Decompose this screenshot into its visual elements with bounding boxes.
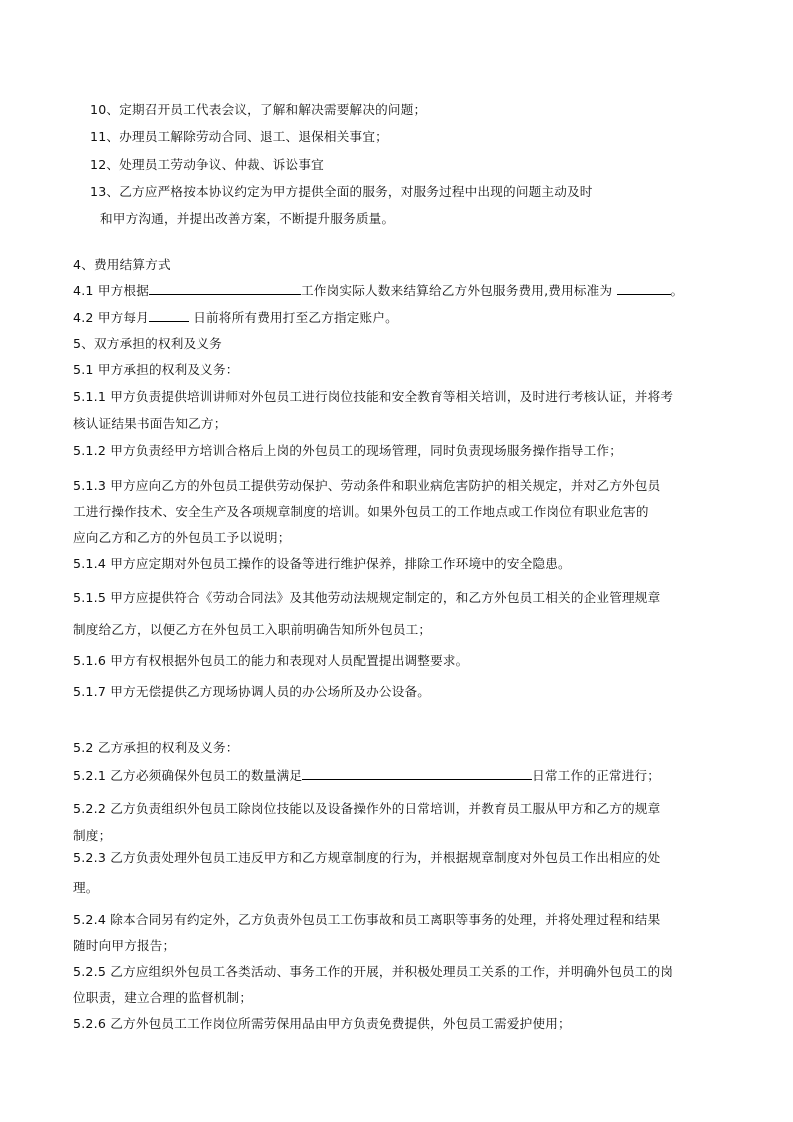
clause-5-1-3-cont2: 应向乙方和乙方的外包员工予以说明； [73,530,291,546]
section-5-2-heading: 5.2 乙方承担的权利及义务： [73,740,239,756]
blank-field-fee-standard[interactable] [617,282,671,295]
item-13-cont: 和甲方沟通，并提出改善方案，不断提升服务质量。 [100,211,394,227]
clause-5-1-1-cont: 核认证结果书面告知乙方； [73,416,227,432]
clause-5-1-5: 5.1.5 甲方应提供符合《劳动合同法》及其他劳动法规规定制定的，和乙方外包员工… [73,590,660,606]
clause-5-1-3-cont1: 工进行操作技术、安全生产及各项规章制度的培训。如果外包员工的工作地点或工作岗位有… [73,504,649,520]
clause-5-2-4-cont: 随时向甲方报告； [73,938,175,954]
item-11: 11、办理员工解除劳动合同、退工、退保相关事宜； [90,129,388,145]
item-13: 13、乙方应严格按本协议约定为甲方提供全面的服务，对服务过程中出现的问题主动及时 [90,184,593,200]
clause-5-2-3: 5.2.3 乙方负责处理外包员工违反甲方和乙方规章制度的行为，并根据规章制度对外… [73,850,660,866]
section-5-1-heading: 5.1 甲方承担的权利及义务： [73,362,239,378]
clause-5-1-7: 5.1.7 甲方无偿提供乙方现场协调人员的办公场所及办公设备。 [73,684,430,700]
clause-5-2-2: 5.2.2 乙方负责组织外包员工除岗位技能以及设备操作外的日常培训，并教育员工服… [73,801,660,817]
blank-field-workload[interactable] [302,767,532,780]
clause-4-2: 4.2 甲方每月 日前将所有费用打至乙方指定账户。 [73,309,398,326]
clause-5-1-1: 5.1.1 甲方负责提供培训讲师对外包员工进行岗位技能和安全教育等相关培训，及时… [73,389,673,405]
section-5-heading: 5、双方承担的权利及义务 [73,336,222,352]
clause-5-1-5-cont: 制度给乙方，以便乙方在外包员工入职前明确告知所外包员工； [73,622,431,638]
clause-5-2-6: 5.2.6 乙方外包员工工作岗位所需劳保用品由甲方负责免费提供，外包员工需爱护使… [73,1016,571,1032]
blank-field-post[interactable] [149,282,301,295]
clause-4-1: 4.1 甲方根据工作岗实际人数来结算给乙方外包服务费用,费用标准为 。 [73,282,683,299]
clause-5-1-2: 5.1.2 甲方负责经甲方培训合格后上岗的外包员工的现场管理，同时负责现场服务操… [73,443,622,459]
clause-5-2-1: 5.2.1 乙方必须确保外包员工的数量满足日常工作的正常进行； [73,767,660,784]
item-10: 10、定期召开员工代表会议，了解和解决需要解决的问题； [90,102,426,118]
clause-5-2-4: 5.2.4 除本合同另有约定外，乙方负责外包员工工伤事故和员工离职等事务的处理，… [73,912,660,928]
clause-5-2-5: 5.2.5 乙方应组织外包员工各类活动、事务工作的开展，并积极处理员工关系的工作… [73,964,673,980]
clause-5-1-6: 5.1.6 甲方有权根据外包员工的能力和表现对人员配置提出调整要求。 [73,653,468,669]
item-12: 12、处理员工劳动争议、仲裁、诉讼事宜 [90,157,324,173]
clause-5-2-2-cont: 制度； [73,828,111,844]
blank-field-day[interactable] [149,309,189,322]
clause-5-1-3: 5.1.3 甲方应向乙方的外包员工提供劳动保护、劳动条件和职业病危害防护的相关规… [73,478,660,494]
clause-5-2-3-cont: 理。 [73,880,99,896]
clause-5-1-4: 5.1.4 甲方应定期对外包员工操作的设备等进行维护保养，排除工作环境中的安全隐… [73,556,571,572]
clause-5-2-5-cont: 位职责，建立合理的监督机制； [73,990,252,1006]
section-4-heading: 4、费用结算方式 [73,257,171,273]
